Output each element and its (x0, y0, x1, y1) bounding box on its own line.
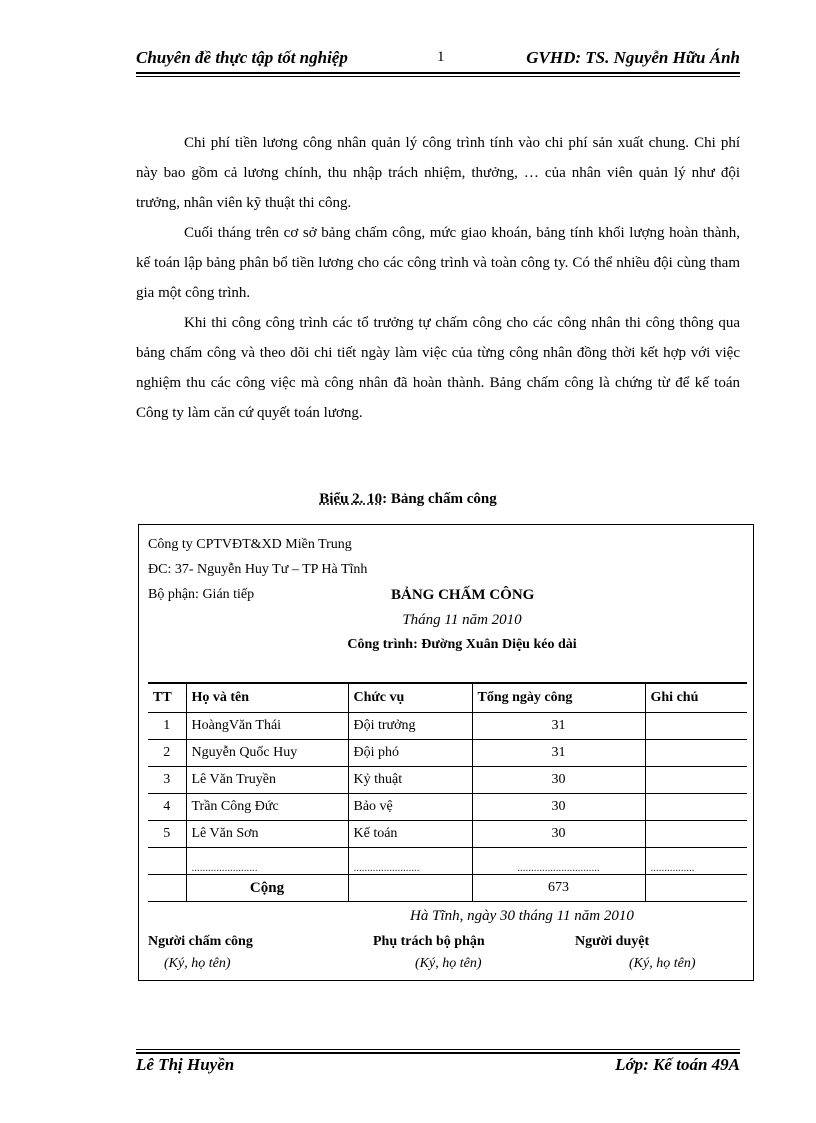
table-cell (645, 794, 747, 821)
footer-author: Lê Thị Huyền (136, 1055, 234, 1075)
timesheet-form: Công ty CPTVĐT&XD Miền Trung ĐC: 37- Ngu… (138, 524, 754, 981)
table-cell: 1 (148, 713, 186, 740)
table-cell: 30 (472, 794, 645, 821)
company-address: ĐC: 37- Nguyễn Huy Tư – TP Hà Tĩnh (148, 562, 367, 578)
table-cell (645, 713, 747, 740)
table-cell: ........................ (348, 848, 472, 875)
table-cell: HoàngVăn Thái (186, 713, 348, 740)
header-rule-thin (136, 76, 740, 77)
table-header-row: TT Họ và tên Chức vụ Tổng ngày công Ghi … (148, 683, 747, 713)
signature-note-timekeeper: (Ký, họ tên) (164, 956, 230, 972)
table-cell (645, 740, 747, 767)
col-header-position: Chức vụ (348, 683, 472, 713)
table-cell: 30 (472, 821, 645, 848)
table-row: 5Lê Văn SơnKế toán30 (148, 821, 747, 848)
body-text: Chi phí tiền lương công nhân quản lý côn… (136, 128, 740, 428)
table-cell: 5 (148, 821, 186, 848)
table-cell: ........................ (186, 848, 348, 875)
table-row: 1HoàngVăn TháiĐội trưởng31 (148, 713, 747, 740)
table-cell: Trần Công Đức (186, 794, 348, 821)
date-line: Hà Tĩnh, ngày 30 tháng 11 năm 2010 (410, 908, 634, 925)
form-project: Công trình: Đường Xuân Diệu kéo dài (139, 637, 753, 653)
form-period: Tháng 11 năm 2010 (139, 612, 753, 629)
table-cell: Bảo vệ (348, 794, 472, 821)
table-cell: 2 (148, 740, 186, 767)
table-cell: 3 (148, 767, 186, 794)
signature-role-department-head: Phụ trách bộ phận (373, 934, 485, 950)
table-cell (148, 875, 186, 902)
table-cell: 30 (472, 767, 645, 794)
header-rule (136, 72, 740, 74)
table-cell: Nguyễn Quốc Huy (186, 740, 348, 767)
signature-note-department-head: (Ký, họ tên) (415, 956, 481, 972)
total-label: Cộng (186, 875, 348, 902)
table-cell: Đội phó (348, 740, 472, 767)
total-value: 673 (472, 875, 645, 902)
caption-label: Biểu 2. 10 (319, 491, 382, 507)
header-supervisor: GVHD: TS. Nguyễn Hữu Ánh (526, 48, 740, 68)
table-cell: 4 (148, 794, 186, 821)
table-cell (348, 875, 472, 902)
table-row: 4Trần Công ĐứcBảo vệ30 (148, 794, 747, 821)
table-cell (645, 821, 747, 848)
table-cell: Lê Văn Truyền (186, 767, 348, 794)
signature-role-approver: Người duyệt (575, 934, 649, 950)
col-header-name: Họ và tên (186, 683, 348, 713)
col-header-total-days: Tổng ngày công (472, 683, 645, 713)
table-cell: Kỷ thuật (348, 767, 472, 794)
col-header-tt: TT (148, 683, 186, 713)
table-cell: .............................. (472, 848, 645, 875)
table-total-row: Cộng673 (148, 875, 747, 902)
table-cell: Lê Văn Sơn (186, 821, 348, 848)
signature-role-timekeeper: Người chấm công (148, 934, 253, 950)
footer-class: Lớp: Kế toán 49A (615, 1055, 740, 1075)
table-cell: 31 (472, 740, 645, 767)
paragraph: Cuối tháng trên cơ sở bảng chấm công, mứ… (136, 218, 740, 308)
paragraph: Khi thi công công trình các tổ trưởng tự… (136, 308, 740, 428)
figure-caption: Biểu 2. 10: Bảng chấm công (0, 491, 816, 508)
table-cell (148, 848, 186, 875)
department: Bộ phận: Gián tiếp (148, 587, 254, 603)
page-header: Chuyên đề thực tập tốt nghiệp 1 GVHD: TS… (136, 46, 740, 72)
col-header-note: Ghi chú (645, 683, 747, 713)
company-name: Công ty CPTVĐT&XD Miền Trung (148, 537, 352, 553)
signature-note-approver: (Ký, họ tên) (629, 956, 695, 972)
table-row: ........................................… (148, 848, 747, 875)
footer-rule (136, 1052, 740, 1054)
table-cell: ................ (645, 848, 747, 875)
table-row: 2Nguyễn Quốc HuyĐội phó31 (148, 740, 747, 767)
header-title: Chuyên đề thực tập tốt nghiệp (136, 48, 348, 68)
caption-title: : Bảng chấm công (382, 491, 497, 507)
table-cell: 31 (472, 713, 645, 740)
table-cell: Đội trưởng (348, 713, 472, 740)
timesheet-table: TT Họ và tên Chức vụ Tổng ngày công Ghi … (148, 682, 747, 902)
paragraph: Chi phí tiền lương công nhân quản lý côn… (136, 128, 740, 218)
table-cell: Kế toán (348, 821, 472, 848)
table-row: 3Lê Văn TruyềnKỷ thuật30 (148, 767, 747, 794)
page-number: 1 (437, 49, 445, 66)
page-footer: Lê Thị Huyền Lớp: Kế toán 49A (136, 1055, 740, 1077)
form-title: BẢNG CHẤM CÔNG (391, 587, 534, 604)
table-cell (645, 875, 747, 902)
footer-rule-thin (136, 1049, 740, 1050)
table-cell (645, 767, 747, 794)
